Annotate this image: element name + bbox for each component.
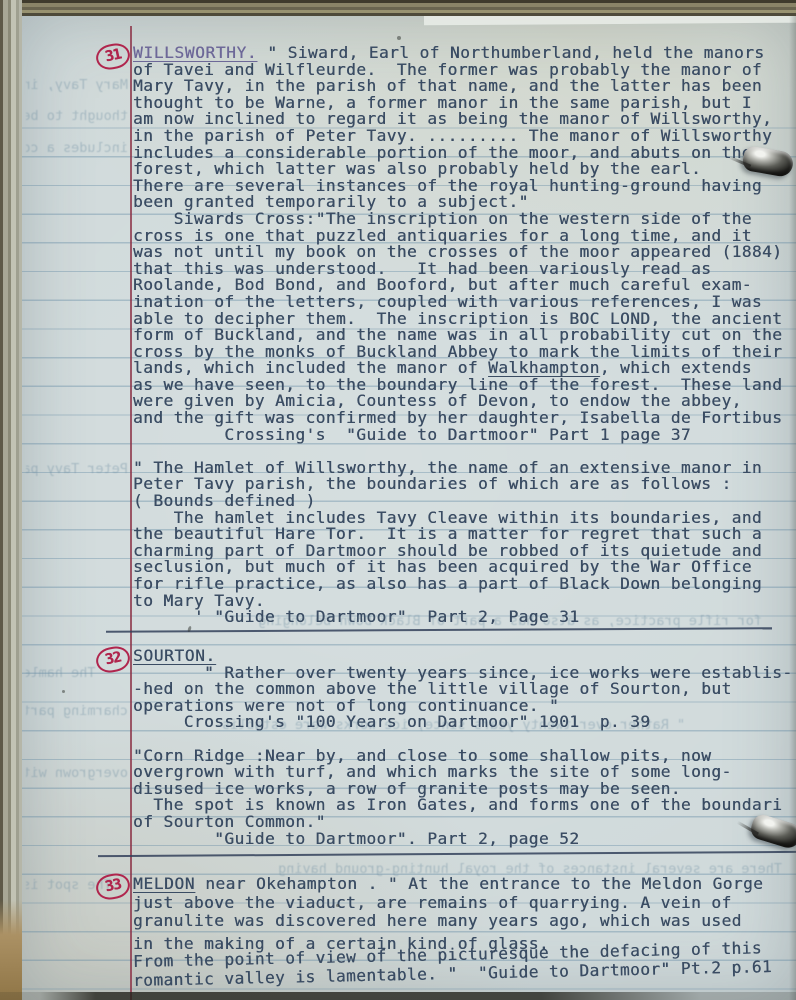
section-divider-line — [98, 851, 796, 857]
entry-heading: MELDON — [133, 874, 195, 893]
ghost-text: Peter Tavy parish, the boundaries of whi… — [26, 462, 128, 477]
red-margin-line — [130, 26, 132, 1000]
scanned-notebook-page: Mary Tavy, in the parish of that name, a… — [0, 0, 796, 1000]
entry-first-line-text: near Okehampton . " At the entrance to t… — [195, 874, 763, 893]
book-top-edge — [0, 0, 796, 16]
ghost-text: overgrown with turf, and which marks the… — [26, 766, 128, 781]
entry-number-badge: 32 — [94, 644, 132, 676]
notebook-page: Mary Tavy, in the parish of that name, a… — [22, 14, 796, 1000]
ink-speck — [397, 36, 401, 40]
ink-speck — [336, 904, 339, 907]
typed-line: "Guide to Dartmoor". Part 2, page 52 — [133, 831, 796, 848]
typed-line: just above the viaduct, are remains of q… — [133, 894, 796, 913]
entry-body: " Rather over twenty years since, ice wo… — [133, 665, 796, 848]
entry-body: just above the viaduct, are remains of q… — [133, 894, 796, 991]
typed-line: granulite was discovered here many years… — [133, 912, 796, 931]
entry-body: of Tavei and Wilfleurde. The former was … — [133, 62, 796, 626]
ink-speck — [62, 690, 65, 693]
entry-sourton: 32 SOURTON. " Rather over twenty years s… — [133, 648, 796, 847]
ghost-text: thought to be Warne, a former manor in t… — [26, 109, 128, 124]
entry-number-badge: 31 — [94, 41, 132, 73]
ghost-text: charming part of Dartmoor should be robb… — [26, 704, 128, 719]
page-bottom-edge — [0, 992, 796, 1000]
entry-first-line: MELDON near Okehampton . " At the entran… — [133, 875, 796, 894]
typed-line: ination of the letters, coupled with var… — [133, 294, 796, 311]
ghost-text: Mary Tavy, in the parish of that name, a… — [26, 78, 128, 93]
typed-line: Crossing's "Guide to Dartmoor" Part 1 pa… — [133, 427, 796, 444]
entry-number-badge: 33 — [94, 871, 132, 903]
section-divider-line — [106, 627, 772, 633]
entry-willsworthy: 31 WILLSWORTHY. " Siward, Earl of Northu… — [133, 45, 796, 626]
typed-line: ' "Guide to Dartmoor" Part 2, Page 31 — [133, 609, 796, 626]
typed-line: Crossing's "100 Years on Dartmoor" 1901 … — [133, 714, 796, 731]
page-stack-edge — [0, 0, 22, 1000]
ghost-text: includes a considerable portion of the m… — [26, 141, 128, 156]
entry-meldon: 33 MELDON near Okehampton . " At the ent… — [133, 875, 796, 990]
